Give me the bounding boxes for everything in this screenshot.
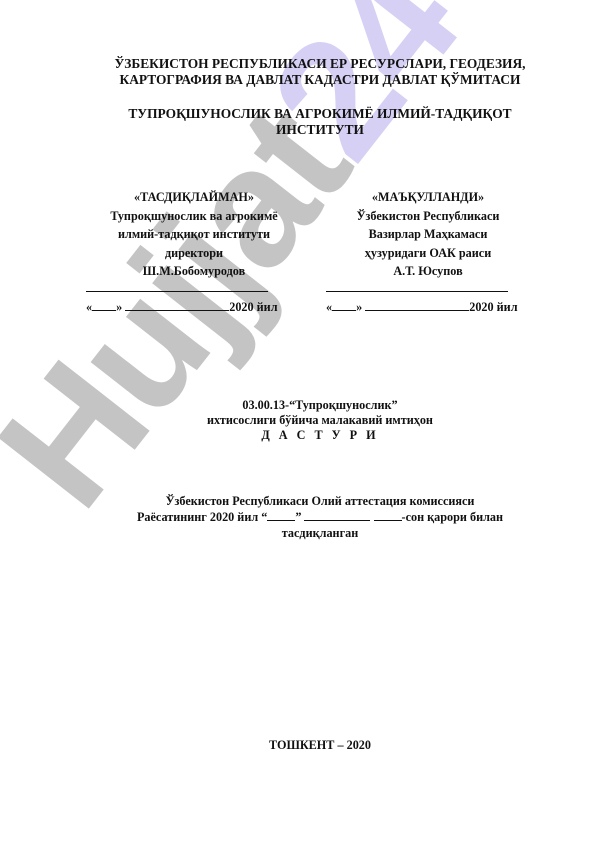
approval-note-line1: Ўзбекистон Республикаси Олий аттестация … [100,493,540,509]
date-year: 2020 йил [469,300,517,314]
program-title: 03.00.13-“Тупроқшунослик” ихтисослиги бў… [120,398,520,443]
approval-left-line: директори [84,244,304,263]
approval-note-line2: Раёсатининг 2020 йил “” -сон қарори била… [100,509,540,525]
signature-line-left [86,291,268,292]
date-field-left: «» 2020 йил [86,299,278,315]
approval-right-line: ҳузуридаги ОАК раиси [318,244,538,263]
approval-note-prefix: Раёсатининг 2020 йил “ [137,510,267,524]
approval-right-signatory: А.Т. Юсупов [318,262,538,281]
header-organization: ЎЗБЕКИСТОН РЕСПУБЛИКАСИ ЕР РЕСУРСЛАРИ, Г… [60,56,580,88]
date-field-right: «» 2020 йил [326,299,518,315]
program-code: 03.00.13-“Тупроқшунослик” [120,398,520,413]
approval-right-line: Вазирлар Маҳкамаси [318,225,538,244]
approval-note-line3: тасдиқланган [100,525,540,541]
document-page: ЎЗБЕКИСТОН РЕСПУБЛИКАСИ ЕР РЕСУРСЛАРИ, Г… [0,0,596,842]
header-org-line1: ЎЗБЕКИСТОН РЕСПУБЛИКАСИ ЕР РЕСУРСЛАРИ, Г… [60,56,580,72]
date-year: 2020 йил [229,300,277,314]
approval-note-suffix: -сон қарори билан [402,510,504,524]
header-inst-line1: ТУПРОҚШУНОСЛИК ВА АГРОКИМЁ ИЛМИЙ-ТАДҚИҚО… [60,106,580,122]
close-quote: » [116,300,122,314]
signature-line-right [326,291,508,292]
number-blank [374,509,402,521]
day-blank [332,299,356,311]
header-institute: ТУПРОҚШУНОСЛИК ВА АГРОКИМЁ ИЛМИЙ-ТАДҚИҚО… [60,106,580,138]
month-blank [304,509,370,521]
month-blank [365,299,469,311]
approval-left-title: «ТАСДИҚЛАЙМАН» [84,188,304,207]
approval-block-right: «МАЪҚУЛЛАНДИ» Ўзбекистон Республикаси Ва… [318,188,538,281]
month-blank [125,299,229,311]
approval-left-signatory: Ш.М.Бобомуродов [84,262,304,281]
day-blank [92,299,116,311]
approval-left-line: Тупроқшунослик ва агрокимё [84,207,304,226]
close-quote: » [356,300,362,314]
day-blank [267,509,295,521]
header-inst-line2: ИНСТИТУТИ [60,122,580,138]
program-subtitle: ихтисослиги бўйича малакавий имтиҳон [120,413,520,428]
approval-left-line: илмий-тадқиқот институти [84,225,304,244]
approval-block-left: «ТАСДИҚЛАЙМАН» Тупроқшунослик ва агроким… [84,188,304,281]
close-quote: ” [295,510,301,524]
approval-right-title: «МАЪҚУЛЛАНДИ» [318,188,538,207]
footer-city-year: ТОШКЕНТ – 2020 [160,738,480,753]
program-heading: Д А С Т У Р И [120,428,520,443]
approval-right-line: Ўзбекистон Республикаси [318,207,538,226]
header-org-line2: КАРТОГРАФИЯ ВА ДАВЛАТ КАДАСТРИ ДАВЛАТ ҚЎ… [60,72,580,88]
approval-note: Ўзбекистон Республикаси Олий аттестация … [100,493,540,541]
